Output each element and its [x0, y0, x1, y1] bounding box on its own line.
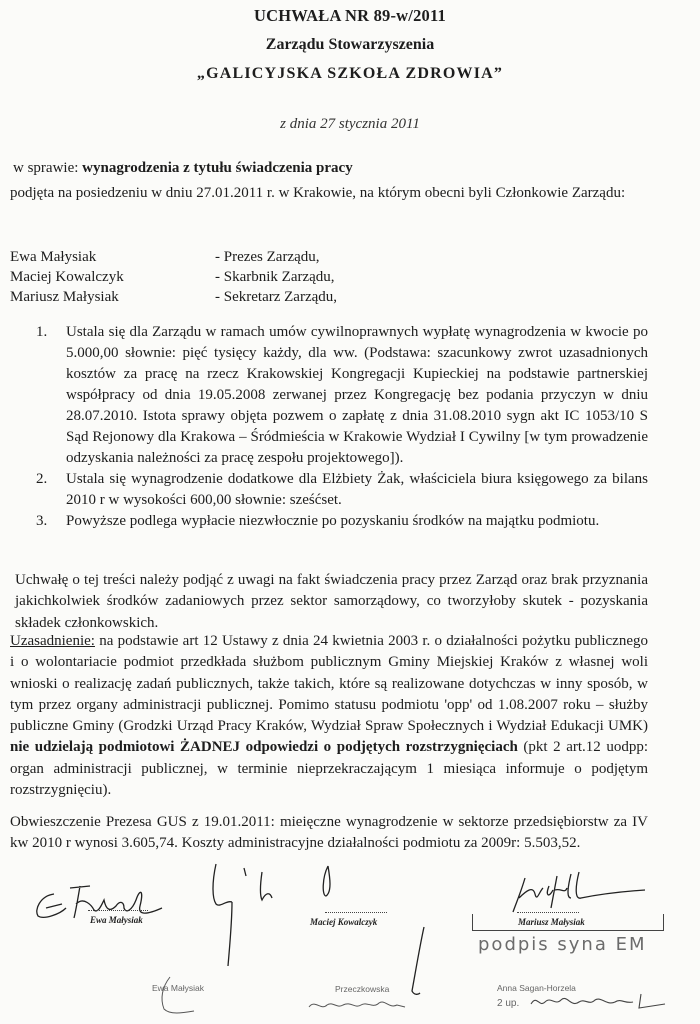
resolutions-list: 1. Ustala się dla Zarządu w ramach umów … [36, 322, 648, 532]
resolution-text: Ustala się dla Zarządu w ramach umów cyw… [66, 322, 648, 469]
subject-title: wynagrodzenia z tytułu świadczenia pracy [82, 160, 353, 176]
handwritten-note: podpis syna EM [478, 934, 646, 955]
member-role: - Prezes Zarządu, [215, 247, 320, 267]
lower-signature-label: Przeczkowska [335, 984, 389, 994]
resolution-item: 3. Powyższe podlega wypłacie niezwłoczni… [36, 511, 648, 532]
member-role: - Skarbnik Zarządu, [215, 267, 335, 287]
lower-note: 2 up. [497, 998, 519, 1009]
resolution-text: Ustala się wynagrodzenie dodatkowe dla E… [66, 469, 648, 511]
justification-intro: Uchwałę o tej treści należy podjąć z uwa… [15, 570, 648, 634]
signature-scribble-icon [525, 990, 675, 1015]
board-members-list: Ewa Małysiak - Prezes Zarządu, Maciej Ko… [10, 247, 337, 307]
justification-paragraph: Uzasadnienie: na podstawie art 12 Ustawy… [10, 631, 648, 801]
member-row: Mariusz Małysiak - Sekretarz Zarządu, [10, 287, 337, 307]
signature-line [517, 912, 579, 913]
signature-scribble-icon [152, 975, 212, 1020]
signature-scribble-icon [505, 868, 655, 918]
justification-label: Uzasadnienie: [10, 633, 95, 649]
signature-line [88, 910, 148, 911]
member-row: Maciej Kowalczyk - Skarbnik Zarządu, [10, 267, 337, 287]
resolution-number: 2. [36, 469, 66, 511]
meeting-statement: podjęta na posiedzeniu w dniu 27.01.2011… [10, 183, 650, 203]
signature-scribble-icon [305, 995, 415, 1015]
document-page: UCHWAŁA NR 89-w/2011 Zarządu Stowarzysze… [0, 0, 700, 1024]
subject-prefix: w sprawie: [13, 160, 82, 176]
justification-emphasis: nie udzielają podmiotowi ŻADNEJ odpowied… [10, 739, 518, 755]
resolution-item: 2. Ustala się wynagrodzenie dodatkowe dl… [36, 469, 648, 511]
member-role: - Sekretarz Zarządu, [215, 287, 337, 307]
signature-scribble-icon [400, 925, 430, 1000]
member-name: Mariusz Małysiak [10, 287, 215, 307]
resolution-date: z dnia 27 stycznia 2011 [0, 116, 700, 133]
resolution-title: UCHWAŁA NR 89-w/2011 [0, 6, 700, 26]
justification-text: na podstawie art 12 Ustawy z dnia 24 kwi… [10, 633, 648, 734]
resolution-number: 1. [36, 322, 66, 469]
gus-notice: Obwieszczenie Prezesa GUS z 19.01.2011: … [10, 812, 648, 855]
member-name: Ewa Małysiak [10, 247, 215, 267]
resolution-item: 1. Ustala się dla Zarządu w ramach umów … [36, 322, 648, 469]
organization-name: „GALICYJSKA SZKOŁA ZDROWIA” [0, 65, 700, 83]
resolution-number: 3. [36, 511, 66, 532]
subject-line: w sprawie: wynagrodzenia z tytułu świadc… [13, 158, 353, 178]
bracket-mark [472, 914, 664, 931]
signature-name: Maciej Kowalczyk [310, 917, 377, 927]
member-row: Ewa Małysiak - Prezes Zarządu, [10, 247, 337, 267]
issuer: Zarządu Stowarzyszenia [0, 36, 700, 54]
signature-name: Ewa Małysiak [90, 915, 143, 925]
signature-line [325, 912, 387, 913]
resolution-text: Powyższe podlega wypłacie niezwłocznie p… [66, 511, 648, 532]
member-name: Maciej Kowalczyk [10, 267, 215, 287]
